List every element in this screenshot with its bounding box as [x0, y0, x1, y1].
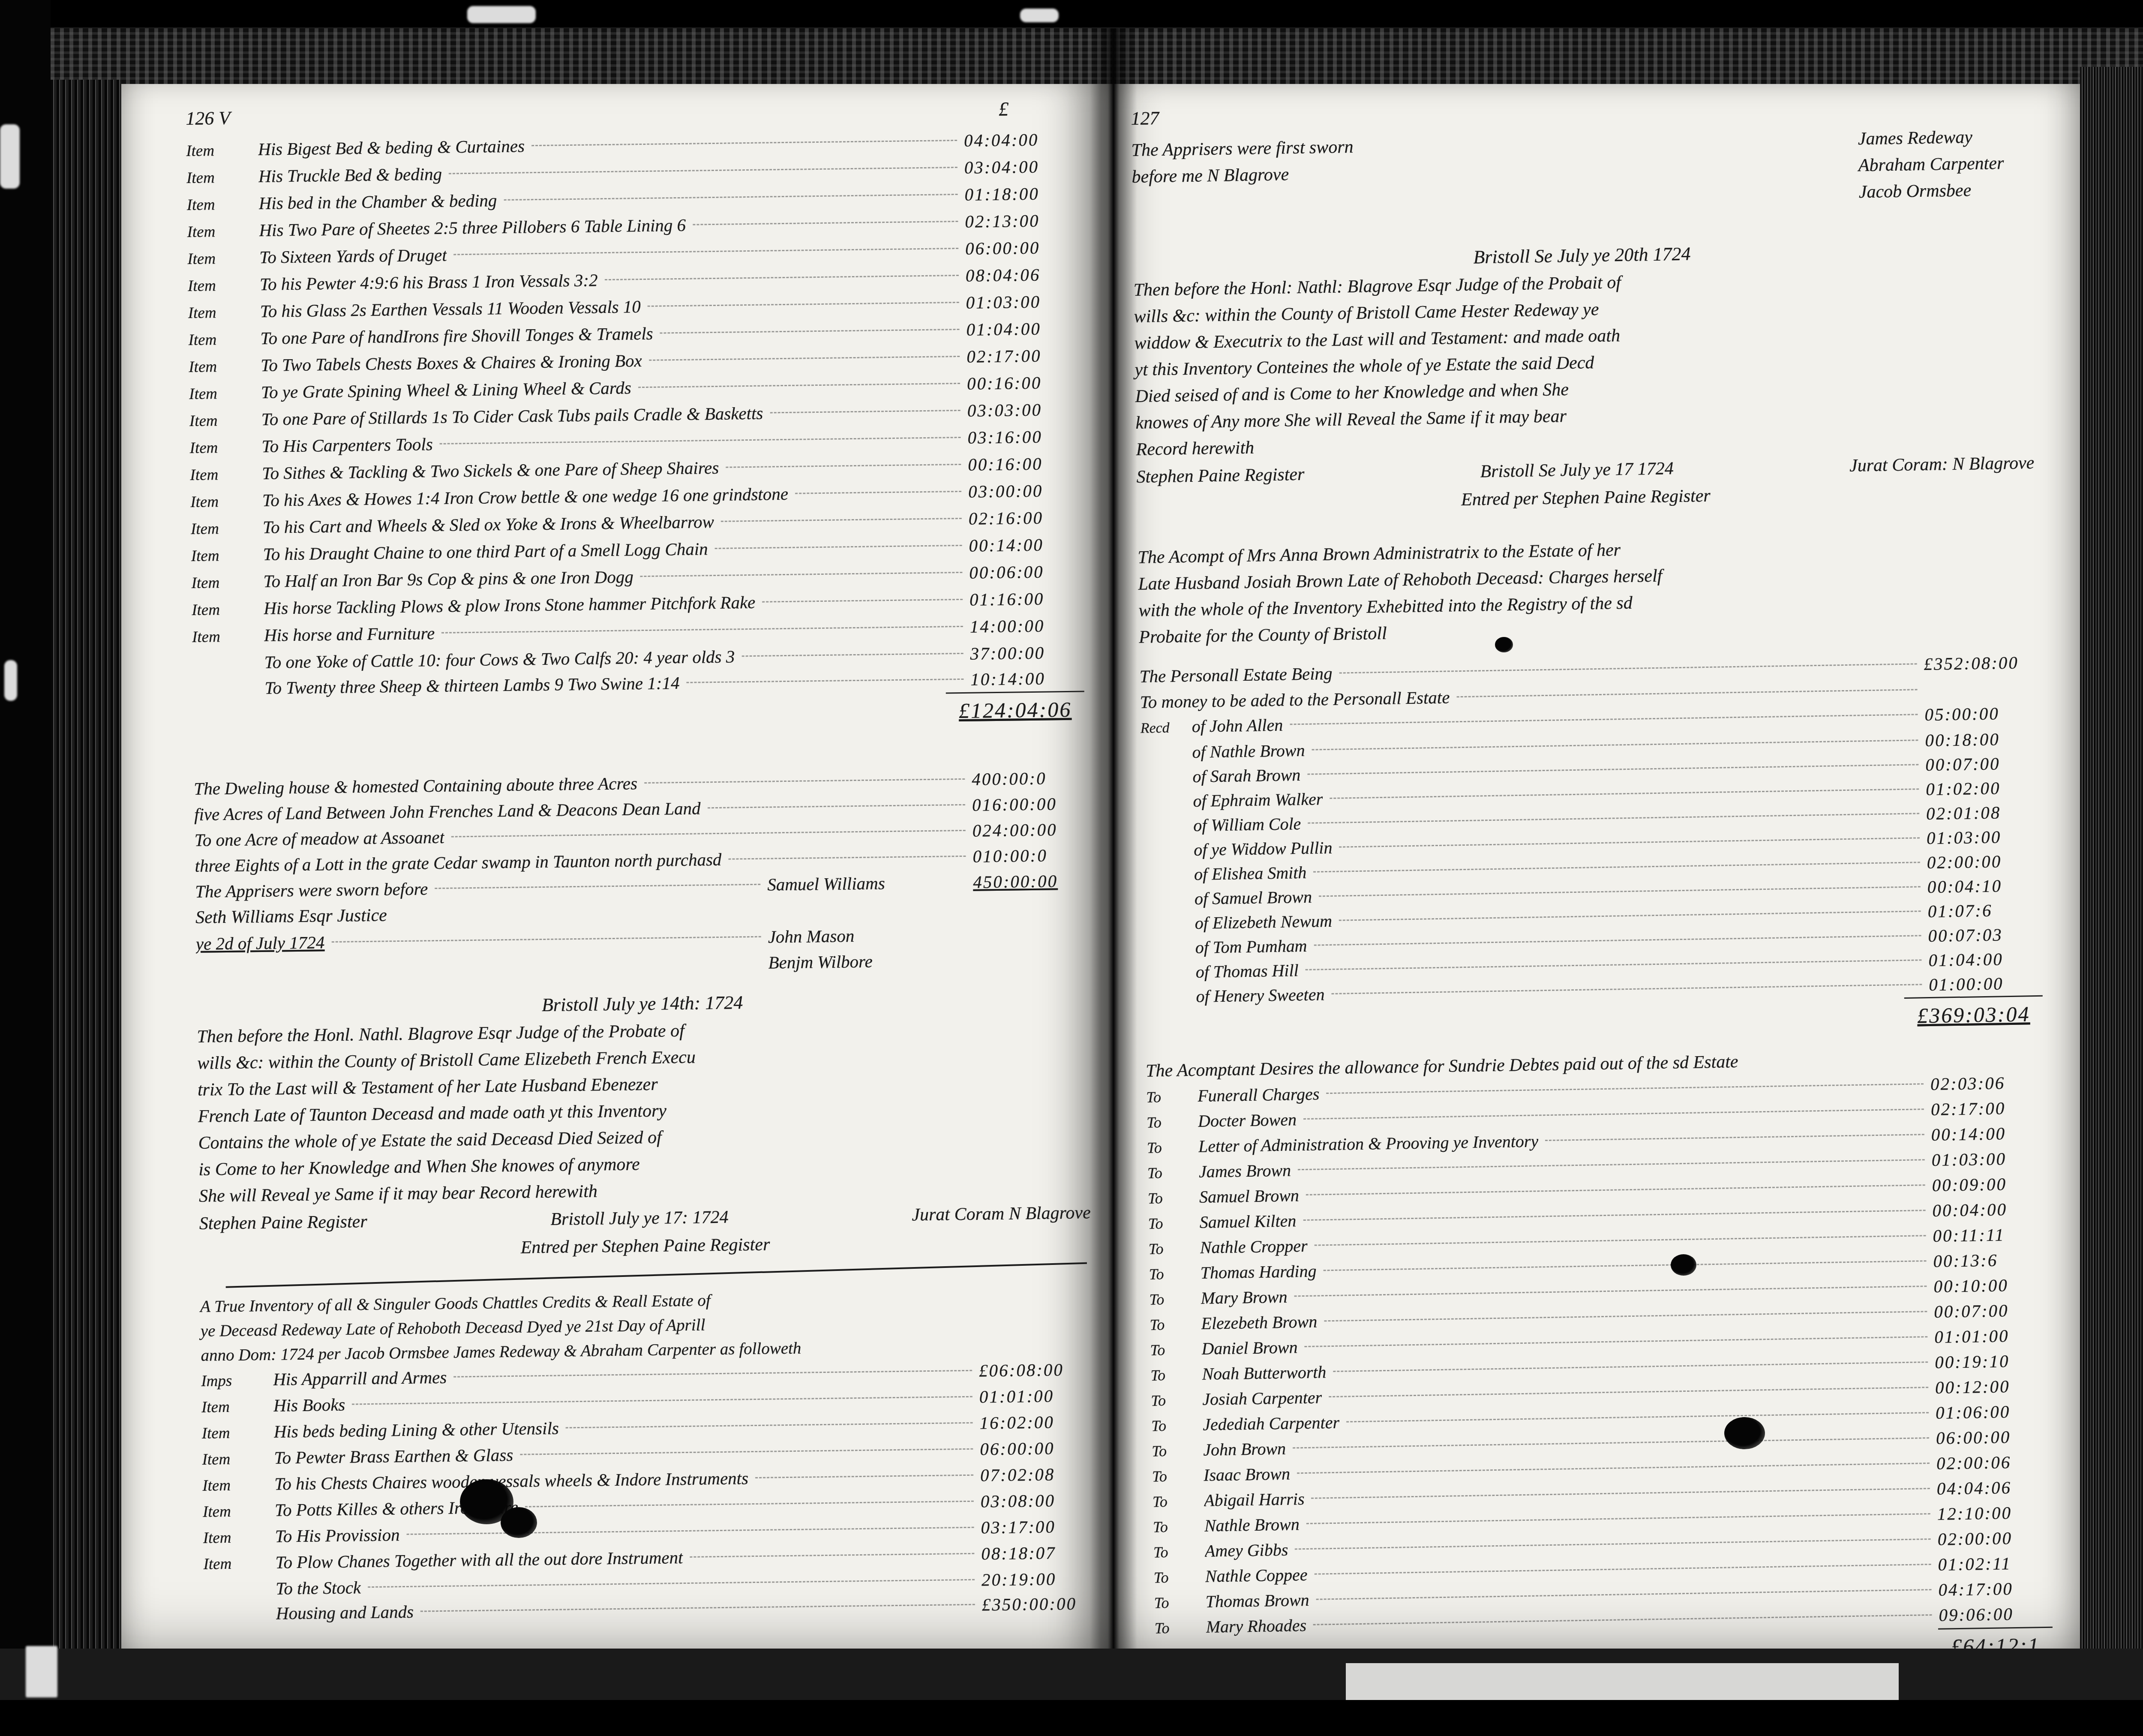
jurat-note: Jurat Coram N Blagrove	[912, 1198, 1091, 1229]
dash-leader	[690, 1553, 974, 1558]
dash-leader	[1326, 1083, 1924, 1094]
item-prefix: Item	[189, 408, 262, 434]
debt-amount: 00:04:00	[1932, 1197, 2046, 1223]
ink-blot	[1671, 1254, 1696, 1276]
debt-payee: Jedediah Carpenter	[1203, 1410, 1340, 1437]
film-scratch	[1020, 9, 1059, 22]
ink-blot	[1724, 1417, 1765, 1449]
dash-leader	[454, 248, 959, 255]
receipt-name: of Elishea Smith	[1194, 860, 1307, 886]
receipt-amount: 02:00:00	[1927, 849, 2041, 875]
debts-list: To Funerall Charges 02:03:06 To Docter B…	[1146, 1070, 2053, 1641]
item-prefix: Item	[202, 1447, 274, 1472]
debt-prefix: To	[1147, 1135, 1199, 1160]
item-text: To Pewter Brass Earthen & Glass	[274, 1442, 513, 1470]
debt-prefix: To	[1154, 1590, 1206, 1616]
debt-amount: 04:17:00	[1938, 1576, 2052, 1602]
debt-prefix: To	[1153, 1489, 1204, 1514]
dash-leader	[649, 356, 960, 361]
debt-amount: 00:11:11	[1933, 1222, 2047, 1248]
item-amount: 00:06:00	[969, 559, 1083, 586]
book-left-page-edges	[51, 80, 121, 1666]
blank-amount	[974, 939, 1087, 940]
dash-leader	[648, 302, 959, 307]
item-amount: 00:16:00	[967, 369, 1081, 396]
debt-prefix: To	[1149, 1287, 1201, 1312]
item-text: To his Draught Chaine to one third Part …	[263, 536, 708, 567]
left-page-content: £ 126 V Item His Bigest Bed & beding & C…	[186, 97, 1096, 1627]
item-text: To Half an Iron Bar 9s Cop & pins & one …	[263, 564, 633, 594]
estate-amount: 024:00:00	[972, 816, 1086, 843]
witness-name: Benjm Wilbore	[768, 947, 974, 976]
appraiser-name: James Redeway	[1858, 123, 2003, 152]
estate-amount: 400:00:0	[972, 765, 1086, 792]
dash-leader	[660, 329, 960, 334]
item-text: His beds beding Lining & other Utensils	[273, 1416, 559, 1444]
right-page-number: 127	[1131, 93, 2029, 129]
section-divider-rule	[226, 1262, 1087, 1288]
dash-leader	[715, 545, 962, 549]
dash-leader	[441, 626, 963, 634]
film-scratch	[4, 660, 17, 701]
appraiser-name: Jacob Ormsbee	[1858, 177, 2004, 205]
dash-leader	[525, 1501, 974, 1508]
item-prefix: Item	[188, 327, 261, 353]
dash-leader	[331, 936, 761, 943]
dash-leader	[1339, 663, 1917, 673]
debt-prefix: To	[1148, 1211, 1200, 1236]
film-scratch	[26, 1646, 57, 1697]
debt-amount: 01:06:00	[1936, 1399, 2050, 1425]
item-prefix: Item	[186, 165, 259, 191]
item-prefix: Item	[203, 1525, 275, 1551]
dash-leader	[1313, 862, 1920, 872]
item-text: To the Stock	[276, 1575, 361, 1601]
receipts-list: Recd of John Allen 05:00:00 of Nathle Br…	[1140, 701, 2043, 1009]
receipt-amount: 00:07:00	[1925, 751, 2039, 777]
debt-prefix: To	[1150, 1363, 1202, 1388]
item-amount: 02:16:00	[968, 505, 1082, 532]
item-amount: 07:02:08	[980, 1461, 1094, 1487]
item-prefix: Item	[186, 138, 258, 164]
receipt-amount: 02:01:08	[1926, 800, 2040, 826]
record-book: £ 126 V Item His Bigest Bed & beding & C…	[51, 28, 2143, 1691]
debt-prefix: To	[1149, 1261, 1201, 1287]
debt-amount: 02:03:06	[1930, 1070, 2044, 1096]
dash-leader	[638, 383, 960, 388]
dash-leader	[1303, 1210, 1925, 1221]
item-amount: 01:04:00	[966, 315, 1080, 342]
personal-estate-label: The Personall Estate Being	[1139, 661, 1333, 689]
dash-leader	[368, 1579, 975, 1588]
debt-payee: Isaac Brown	[1204, 1462, 1291, 1487]
debt-payee: John Brown	[1203, 1436, 1286, 1462]
second-inventory-list: Imps His Apparrill and Armes £06:08:00 I…	[201, 1357, 1096, 1626]
dash-leader	[566, 1422, 973, 1429]
dash-leader	[1306, 1513, 1930, 1524]
right-page: 127 The Apprisers were first sworn befor…	[1101, 84, 2080, 1666]
dash-leader	[1315, 1564, 1931, 1575]
item-text: To His Provission	[275, 1522, 400, 1549]
receipt-prefix	[1142, 807, 1193, 808]
item-amount: 00:16:00	[968, 451, 1082, 478]
dash-leader	[640, 572, 963, 577]
dash-leader	[1294, 1285, 1927, 1297]
dash-leader	[1290, 714, 1918, 725]
item-amount: 01:16:00	[969, 586, 1084, 613]
second-inventory-intro: A True Inventory of all & Singuler Goods…	[200, 1283, 1093, 1367]
item-prefix	[192, 668, 264, 669]
item-prefix: Item	[189, 354, 261, 380]
item-amount: 00:14:00	[969, 532, 1083, 559]
receipt-amount: 00:07:03	[1928, 922, 2042, 948]
debt-payee: James Brown	[1199, 1158, 1291, 1183]
item-amount: £06:08:00	[979, 1357, 1093, 1383]
receipt-name: of Tom Pumham	[1195, 934, 1307, 960]
signature-date: Bristoll July ye 17: 1724	[550, 1203, 729, 1234]
money-added-label: To money to be aded to the Personall Est…	[1140, 684, 1450, 715]
probate-paragraph: Then before the Honl. Nathl. Blagrove Es…	[197, 1012, 1090, 1209]
item-prefix: Item	[187, 219, 259, 245]
dash-leader	[504, 194, 957, 201]
item-text: To one Pare of handIrons fire Shovill To…	[260, 321, 653, 351]
debt-payee: Mary Brown	[1201, 1285, 1288, 1310]
debt-amount: 02:17:00	[1930, 1096, 2044, 1122]
item-prefix: Item	[192, 597, 264, 623]
dash-leader	[604, 275, 958, 280]
dash-leader	[762, 599, 963, 603]
apprisers-line: The Apprisers were sworn before	[195, 876, 428, 904]
dash-leader	[693, 221, 958, 225]
dash-leader	[726, 464, 961, 468]
item-text: To His Carpenters Tools	[261, 431, 433, 459]
dash-leader	[1304, 1336, 1927, 1347]
signature-date: Bristoll Se July ye 17 1724	[1480, 454, 1674, 486]
debt-amount: 00:07:00	[1934, 1298, 2048, 1324]
item-text: His Truckle Bed & beding	[258, 161, 442, 189]
receipt-amount: 01:00:00	[1929, 971, 2043, 997]
real-estate-list: The Dweling house & homested Containing …	[194, 765, 1087, 878]
dash-leader	[728, 856, 966, 860]
film-top-band	[0, 0, 2143, 27]
dash-leader	[644, 778, 965, 784]
dash-leader	[1314, 935, 1921, 946]
right-page-content: 127 The Apprisers were first sworn befor…	[1131, 93, 2053, 1666]
item-amount: 03:03:00	[967, 396, 1081, 423]
sworn-block: The Apprisers were first sworn before me…	[1131, 123, 2030, 223]
debt-payee: Abigail Harris	[1204, 1487, 1305, 1513]
item-text: To Twenty three Sheep & thirteen Lambs 9…	[264, 670, 680, 701]
receipt-amount: 01:02:00	[1926, 775, 2040, 802]
item-amount: 20:19:00	[981, 1566, 1096, 1592]
dash-leader	[1308, 813, 1919, 823]
item-amount: 03:17:00	[981, 1514, 1095, 1540]
witness-name: Samuel Williams	[767, 869, 973, 898]
debt-prefix: To	[1148, 1236, 1200, 1261]
dash-leader	[531, 140, 957, 146]
film-scratch	[467, 6, 536, 23]
item-prefix: Item	[190, 489, 263, 515]
dash-leader	[1295, 1538, 1930, 1550]
debt-payee: Thomas Brown	[1205, 1588, 1309, 1614]
register-signature: Stephen Paine Register	[199, 1207, 367, 1238]
receipt-prefix	[1142, 856, 1194, 856]
receipt-prefix	[1144, 978, 1196, 979]
receipt-prefix	[1144, 929, 1195, 930]
dash-leader	[721, 518, 962, 522]
item-text: To his Chests Chaires wooden vessals whe…	[274, 1466, 749, 1496]
receipt-amount: 05:00:00	[1924, 701, 2038, 727]
item-prefix: Item	[189, 381, 261, 407]
dash-leader	[686, 679, 963, 683]
film-left-band	[0, 0, 51, 1736]
spacer-flex	[203, 963, 762, 970]
item-prefix	[204, 1595, 276, 1595]
blank-amount	[1924, 694, 2038, 696]
dash-leader	[1306, 1184, 1925, 1195]
item-amount: 08:04:06	[966, 261, 1080, 288]
debt-payee: Docter Bowen	[1198, 1107, 1297, 1133]
debt-amount: 01:02:11	[1938, 1551, 2052, 1577]
receipt-prefix: Recd	[1140, 715, 1192, 741]
dash-leader	[453, 1370, 972, 1378]
dash-leader	[1293, 1437, 1929, 1448]
dash-leader	[1297, 1463, 1930, 1474]
debt-prefix: To	[1150, 1312, 1201, 1337]
dash-leader	[1333, 1361, 1928, 1372]
item-prefix: Item	[186, 192, 259, 218]
item-prefix: Item	[201, 1394, 274, 1420]
dash-leader	[755, 1475, 973, 1478]
receipt-name: of Ephraim Walker	[1193, 787, 1323, 813]
item-text: His horse and Furniture	[264, 620, 435, 648]
debt-prefix: To	[1148, 1186, 1200, 1211]
dash-leader	[440, 437, 961, 445]
debt-prefix: To	[1147, 1160, 1199, 1186]
debt-payee: Letter of Administration & Prooving ye I…	[1198, 1129, 1539, 1158]
receipt-prefix	[1142, 831, 1194, 832]
dash-leader	[1307, 764, 1918, 775]
receipt-name: of William Cole	[1193, 811, 1301, 838]
item-text: Housing and Lands	[276, 1599, 414, 1626]
dash-leader	[1306, 959, 1922, 970]
receipt-amount: 00:04:10	[1927, 873, 2041, 899]
item-amount: 02:17:00	[966, 342, 1081, 369]
dash-leader	[1545, 1134, 1924, 1141]
dash-leader	[407, 1527, 974, 1535]
probate-paragraph: Then before the Honl: Nathl: Blagrove Es…	[1133, 263, 2034, 463]
dash-leader	[708, 804, 965, 808]
debt-prefix: To	[1153, 1565, 1205, 1590]
debt-payee: Elezebeth Brown	[1201, 1310, 1318, 1336]
item-text: To ye Grate Spining Wheel & Lining Wheel…	[261, 375, 631, 405]
receipt-name: of Sarah Brown	[1192, 763, 1301, 789]
book-gutter	[1090, 28, 1137, 1691]
item-amount: 04:04:00	[964, 126, 1078, 153]
item-text: To Two Tabels Chests Boxes & Chaires & I…	[261, 348, 642, 378]
inventory-list: Item His Bigest Bed & beding & Curtaines…	[186, 126, 1084, 702]
item-prefix	[193, 694, 265, 695]
item-prefix: Item	[187, 246, 260, 272]
receipt-name: of Nathle Brown	[1192, 738, 1305, 764]
appraiser-name: Abraham Carpenter	[1858, 150, 2004, 179]
appraisal-date: ye 2d of July 1724	[195, 929, 324, 957]
dash-leader	[352, 1396, 972, 1405]
dash-leader	[1311, 1488, 1930, 1499]
debt-amount: 01:01:00	[1934, 1323, 2048, 1349]
debt-payee: Samuel Brown	[1199, 1183, 1299, 1209]
item-prefix: Item	[190, 462, 262, 488]
item-prefix: Item	[191, 516, 263, 542]
receipt-prefix	[1141, 758, 1192, 759]
dash-leader	[795, 491, 961, 494]
dash-leader	[420, 1604, 975, 1612]
item-text: To Plow Chanes Together with all the out…	[275, 1545, 683, 1575]
item-amount: 16:02:00	[979, 1409, 1093, 1435]
item-text: His Books	[273, 1392, 345, 1418]
debt-payee: Funerall Charges	[1198, 1081, 1320, 1108]
dash-leader	[1331, 984, 1922, 994]
item-amount: 01:01:00	[979, 1383, 1093, 1409]
dash-leader	[1339, 910, 1921, 921]
receipt-amount: 01:03:00	[1927, 824, 2041, 850]
dash-leader	[1346, 1412, 1929, 1422]
item-prefix: Imps	[201, 1368, 273, 1394]
microfilm-scan: £ 126 V Item His Bigest Bed & beding & C…	[0, 0, 2143, 1736]
ink-blot	[1495, 637, 1513, 652]
item-amount: 14:00:00	[970, 612, 1084, 639]
debt-payee: Thomas Harding	[1200, 1259, 1317, 1285]
debt-prefix: To	[1150, 1337, 1202, 1363]
item-text: His bed in the Chamber & beding	[258, 187, 497, 216]
receipt-name: of Thomas Hill	[1195, 958, 1299, 984]
debt-amount: 12:10:00	[1937, 1500, 2051, 1526]
debt-amount: 00:13:6	[1933, 1247, 2047, 1273]
debt-payee: Nathle Coppee	[1205, 1562, 1308, 1589]
debt-amount: 00:19:10	[1935, 1349, 2049, 1375]
item-prefix: Item	[191, 570, 264, 596]
debt-payee: Nathle Cropper	[1200, 1234, 1308, 1260]
item-text: To his Glass 2s Earthen Vessals 11 Woode…	[260, 294, 641, 324]
debt-payee: Mary Rhoades	[1206, 1613, 1306, 1639]
dash-leader	[1303, 1108, 1924, 1120]
debt-prefix: To	[1153, 1540, 1205, 1565]
estate-total-amount: 450:00:00	[973, 868, 1087, 895]
debt-amount: 01:03:00	[1931, 1146, 2045, 1172]
receipt-amount: 01:07:6	[1927, 898, 2041, 924]
debt-amount: 02:00:06	[1936, 1450, 2050, 1476]
dash-leader	[1330, 788, 1919, 799]
dash-leader	[1298, 1159, 1925, 1170]
debt-prefix: To	[1151, 1388, 1203, 1413]
receipt-prefix	[1143, 904, 1195, 905]
item-amount: 03:08:00	[981, 1487, 1095, 1514]
dash-leader	[1313, 1614, 1932, 1625]
item-text: His Apparrill and Armes	[273, 1365, 447, 1392]
item-prefix	[204, 1619, 276, 1620]
receipt-prefix	[1145, 1002, 1196, 1003]
item-prefix: Item	[202, 1473, 275, 1499]
debt-amount: 00:14:00	[1931, 1121, 2045, 1147]
dash-leader	[1456, 689, 1917, 697]
dash-leader	[741, 653, 963, 657]
receipt-prefix	[1143, 880, 1194, 881]
debt-prefix: To	[1153, 1514, 1205, 1540]
debt-prefix: To	[1154, 1616, 1206, 1641]
receipt-name: of Samuel Brown	[1195, 885, 1312, 911]
dash-leader	[520, 1448, 973, 1455]
item-text: His horse Tackling Plows & plow Irons St…	[264, 589, 756, 621]
item-prefix: Item	[188, 300, 260, 326]
item-prefix: Item	[203, 1499, 275, 1525]
debt-prefix: To	[1151, 1413, 1203, 1439]
appraiser-names: James Redeway Abraham Carpenter Jacob Or…	[1858, 123, 2004, 205]
debt-amount: 00:12:00	[1935, 1374, 2049, 1400]
item-text: His Two Pare of Sheetes 2:5 three Pillob…	[259, 212, 686, 243]
item-prefix: Item	[203, 1551, 276, 1577]
item-amount: 06:00:00	[980, 1435, 1094, 1461]
debt-prefix: To	[1147, 1110, 1198, 1135]
debt-payee: Samuel Kilten	[1199, 1208, 1296, 1234]
item-prefix: Item	[191, 543, 263, 569]
register-signature: Stephen Paine Register	[1136, 460, 1305, 491]
debt-amount: 09:06:00	[1939, 1601, 2053, 1628]
dash-leader	[1319, 886, 1921, 897]
receipt-name: of ye Widdow Pullin	[1194, 835, 1333, 862]
witness-name: John Mason	[768, 922, 974, 950]
debt-payee: Amey Gibbs	[1204, 1538, 1288, 1563]
dash-leader	[451, 830, 966, 838]
debt-amount: 02:00:00	[1937, 1526, 2051, 1552]
receipts-total: £369:03:04	[1904, 995, 2044, 1033]
receipt-amount: 00:18:00	[1925, 727, 2039, 753]
item-text: To his Cart and Wheels & Sled ox Yoke & …	[263, 509, 714, 540]
debt-payee: Noah Butterworth	[1202, 1360, 1327, 1386]
item-prefix: Item	[188, 273, 260, 299]
debt-amount: 00:10:00	[1933, 1273, 2047, 1299]
jurat-note: Jurat Coram: N Blagrove	[1849, 449, 2035, 480]
item-amount: 03:04:00	[964, 153, 1078, 180]
estate-amount: 016:00:00	[972, 790, 1086, 817]
item-amount: 03:00:00	[968, 478, 1082, 505]
item-amount: 01:18:00	[964, 180, 1078, 207]
receipt-name: of John Allen	[1192, 713, 1283, 739]
item-amount: 06:00:00	[965, 234, 1079, 261]
film-scratch	[0, 124, 20, 189]
item-text: His Bigest Bed & beding & Curtaines	[258, 133, 525, 162]
debt-payee: Nathle Brown	[1204, 1512, 1300, 1538]
item-text: To Sithes & Tackling & Two Sickels & one…	[262, 455, 719, 486]
dash-leader	[1339, 837, 1920, 847]
estate-text: To one Acre of meadow at Assoanet	[195, 824, 445, 853]
dash-leader	[1316, 1589, 1932, 1600]
inventory-total: £124:04:06	[945, 691, 1084, 728]
receipt-name: of Henery Sweeten	[1196, 982, 1325, 1009]
account-intro: The Acompt of Mrs Anna Brown Administrat…	[1138, 530, 2037, 651]
item-amount: 02:13:00	[965, 207, 1079, 234]
dash-leader	[1324, 1311, 1927, 1322]
debt-prefix: To	[1146, 1084, 1198, 1110]
dash-leader	[1329, 1387, 1928, 1397]
receipt-amount: 01:04:00	[1928, 946, 2042, 973]
item-text: To Sixteen Yards of Druget	[259, 242, 447, 270]
item-amount: 01:03:00	[966, 288, 1080, 315]
left-page-header: £ 126 V	[186, 97, 1077, 129]
item-amount: £350:00:00	[981, 1591, 1096, 1617]
dash-leader	[435, 884, 760, 889]
item-amount: 10:14:00	[970, 665, 1084, 692]
film-bottom-band	[0, 1700, 2143, 1736]
